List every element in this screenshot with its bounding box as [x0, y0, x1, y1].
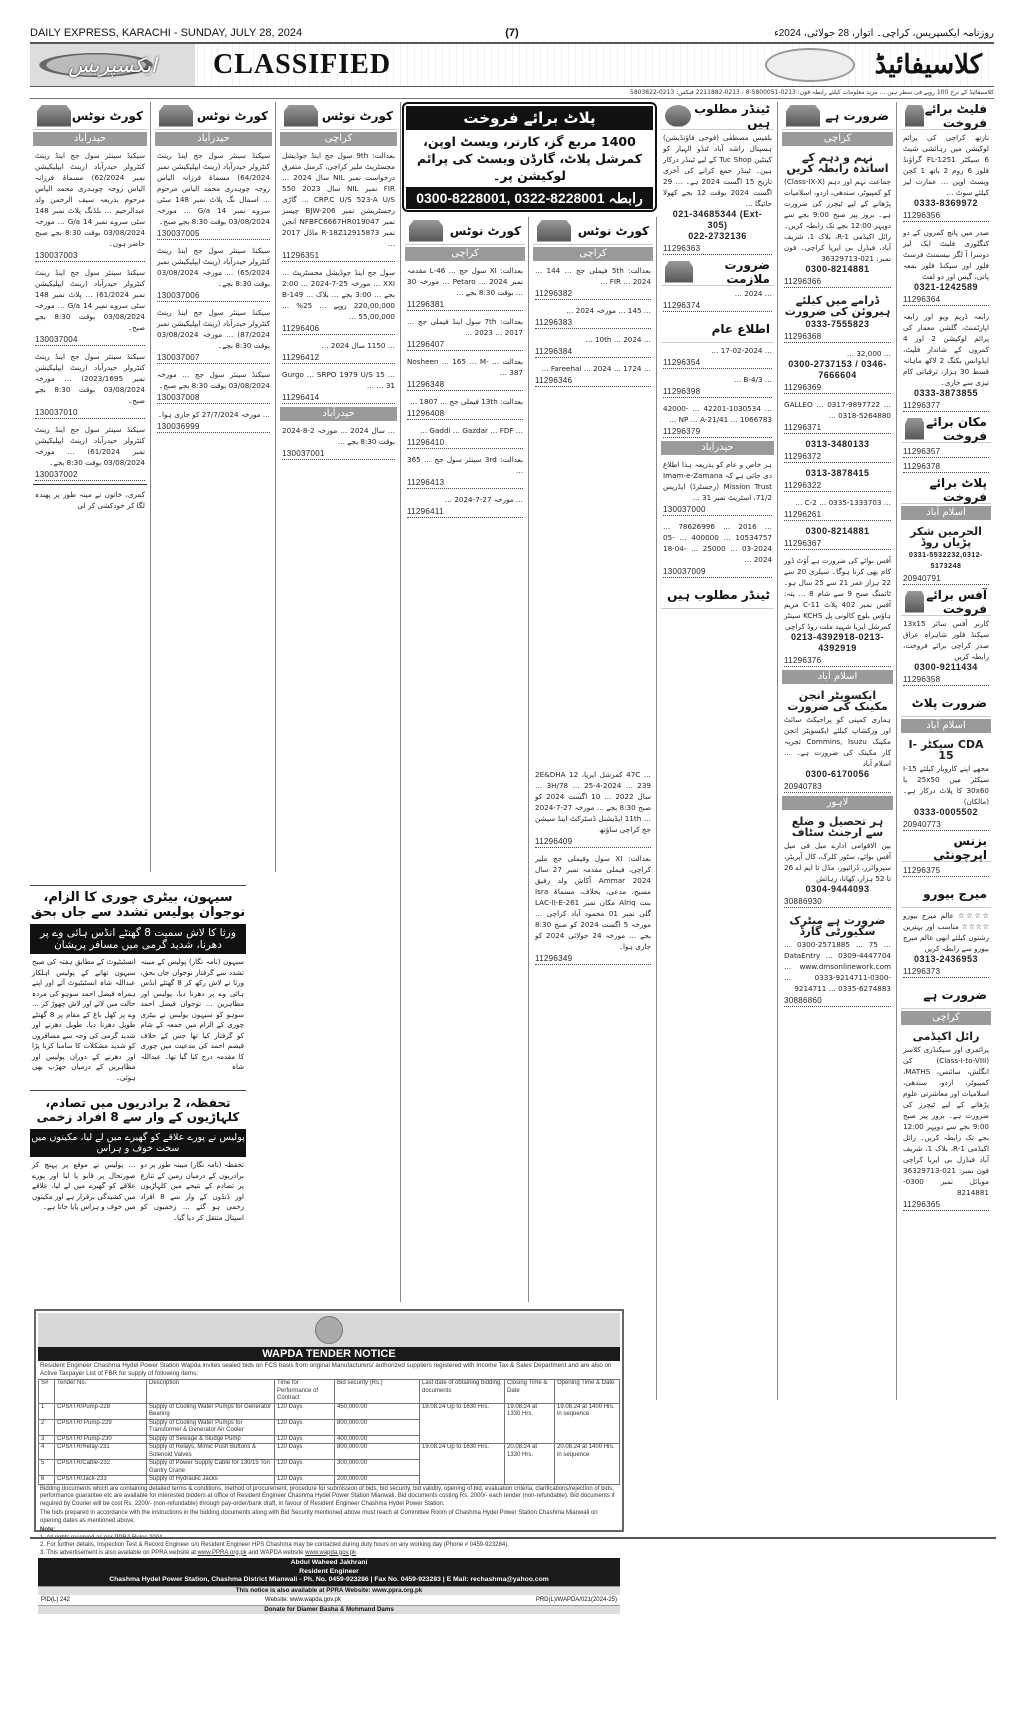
ad-item: … 10th … 2024 …11296384 — [533, 332, 653, 358]
ad-item: نہم و دہم کے اساتذہ رابطہ کریںجماعت نہم … — [782, 148, 893, 288]
tender-notes: Note: 1. All rights reserved as per PPRA… — [38, 1526, 620, 1558]
ad-item: سیکنڈ سینئر سول جج اینڈ رینٹ کنٹرولر حید… — [33, 422, 147, 481]
ad-item: … مورخہ 27-7-2024 …11296411 — [405, 492, 525, 518]
ad-item: 0313-348013311296372 — [782, 437, 893, 463]
ad-item: سیکنڈ سینئر سول جج اینڈ رینٹ کنٹرولر حید… — [155, 243, 272, 302]
news-subhead-1: ورثا کا لاش سمیت 8 گھنٹے انڈس ہائی وے پر… — [30, 924, 246, 954]
column-wanted: ضرورت ہے کراچی نہم و دہم کے اساتذہ رابطہ… — [779, 102, 897, 1400]
page-title-en: CLASSIFIED — [213, 49, 391, 81]
tender-paragraph-1: Bidding documents which are containing d… — [38, 1485, 620, 1510]
section-heading: پلاٹ برائے فروخت — [901, 476, 991, 504]
city-label: اسلام آباد — [901, 506, 991, 520]
ad-item: بلقیس مصطفٰی (فوجی فاؤنڈیشن) ہسپتال راشد… — [661, 130, 774, 255]
city-label: حیدرآباد — [661, 441, 774, 455]
ad-item: ہر خاص و عام کو بذریعہ ہذا اطلاع دی جاتی… — [661, 457, 774, 516]
city-label: حیدرآباد — [155, 132, 272, 146]
ad-item: بعدالت: 7th سول اینڈ فیملی جج … 2017 … 2… — [405, 314, 525, 351]
ad-item: … 2016 … 78626996 … 10534757 … 400000 … … — [661, 519, 774, 578]
ad-item: … 1724 … Fareehal … 2024 …11296346 — [533, 361, 653, 387]
house-icon — [905, 418, 924, 440]
ad-item: بعدالت: 3rd سینئر سول جج … 365 …11296413 — [405, 452, 525, 489]
page-bottom-rule — [30, 1537, 996, 1539]
ad-item: کارنر آفس سائز 13x15 سیکنڈ فلور شاہراہ ع… — [901, 616, 991, 686]
dateline-ur: روزنامہ ایکسپریس، کراچی۔ اتوار، 28 جولائ… — [774, 28, 994, 39]
ad-item: … 1150 سال 2024 …11296412 — [280, 338, 397, 364]
column-court-karachi-2: کورٹ نوٹس کراچی بعدالت: XI سول جج … 46-L… — [402, 217, 529, 1302]
table-row: 4CPS/ITR/Relay-231Supply of Relays, Mimi… — [39, 1444, 620, 1460]
news-headline-1: سیہون، بیٹری چوری کا الزام، نوجوان پولیس… — [30, 886, 246, 924]
news-column: … پولیس نے موقع پر پہنچ کر صورتحال پر قا… — [32, 1160, 136, 1223]
donate-banner: Donate for Diamer Basha & Mohmand Dams — [38, 1605, 620, 1614]
ad-item: … GALLEO … 0317-9897722 0318-5264880 …11… — [782, 397, 893, 434]
ad-item: 0313-387841511296322 — [782, 466, 893, 492]
section-heading: کورٹ نوٹس — [155, 102, 272, 130]
news-subhead-2: پولیس نے پورے علاقے کو گھیرے میں لے لیا،… — [30, 1129, 246, 1157]
section-heading: ٹینڈر مطلوب ہیں — [661, 581, 774, 609]
ppra-link[interactable]: www.PPRA.org.pk — [198, 1550, 247, 1556]
section-heading: ضرورت ہے — [901, 981, 991, 1009]
handshake-icon — [665, 261, 693, 283]
ad-item: سیکنڈ سینئر سول جج اینڈ رینٹ کنٹرولر حید… — [33, 349, 147, 419]
section-heading: آفس برائے فروخت — [901, 588, 991, 616]
tender-table: S# Tender No. Description Time for Perfo… — [38, 1379, 620, 1485]
ad-item: … Gaddi … Gazdar … FDF …11296410 — [405, 423, 525, 449]
court-building-icon — [409, 220, 443, 242]
column-court-karachi-1: کورٹ نوٹس کراچی بعدالت: 9th سول جج اینڈ … — [277, 102, 401, 1302]
section-heading: کورٹ نوٹس — [533, 217, 653, 245]
court-building-icon — [159, 105, 193, 127]
ad-item: سول جج اینڈ جوڈیشل مجسٹریٹ … XXI … مورخہ… — [280, 265, 397, 335]
column-court-karachi-3: کورٹ نوٹس کراچی بعدالت: 5th فیملی جج … 1… — [530, 217, 657, 1400]
ppra-notice: This notice is also available at PPRA We… — [38, 1586, 620, 1595]
ad-item: ضرورت ہے میٹرک سکیورٹی گارڈ… 75 … 0300-2… — [782, 911, 893, 1007]
page-number: (7) — [505, 27, 518, 39]
ad-item: … سال 2024 … مورخہ 2-8-2024 بوقت 8:30 بج… — [280, 423, 397, 460]
ad-item: … 42201-1030534 … 42000-1066783 … NP … A… — [661, 401, 774, 438]
ad-item: 0300-821488111296367 — [782, 524, 893, 550]
ad-item: ڈرامے میں کیلئے ہیروئن کی ضرورت0333-7555… — [782, 291, 893, 343]
table-row: 1CPS/ITR/Pump-228Supply of Cooling Water… — [39, 1403, 620, 1419]
city-label: اسلام آباد — [901, 719, 991, 733]
ad-item: نارتھ کراچی کی پرائم لوکیشن میں رہائشی ش… — [901, 130, 991, 222]
ad-item: … B-4/3 …11296398 — [661, 372, 774, 398]
ad-item: 1129635711296378 — [901, 443, 991, 473]
ad-item: … 32,000 …0300-2737153 / 0346-7666604112… — [782, 346, 893, 394]
tender-paragraph-2: The bids prepared in accordance with the… — [38, 1509, 620, 1526]
ad-item: … Gurgo … SRPO 1979 U/S 15 … 31 …1129641… — [280, 367, 397, 404]
ad-item: صدر میں پانچ کمروں کے دو کنگلوری فلیٹ ای… — [901, 225, 991, 306]
tender-signatory: Abdul Waheed Jakhrani Resident Engineer … — [38, 1558, 620, 1586]
ad-item: … 2024 …11296374 — [661, 286, 774, 312]
info-strip: کلاسیفائیڈ کے نرخ 100 روپے فی سطر ہیں ..… — [30, 89, 994, 99]
ad-item: ☆☆☆☆ عالم میرج بیورو ☆☆☆☆ مناسب اور بہتر… — [901, 908, 991, 978]
news-column: سیہون (نامہ نگار) پولیس کے مبینہ تشدد سے… — [141, 957, 245, 1083]
court-building-icon — [284, 105, 318, 127]
city-label: لاہور — [782, 796, 893, 810]
dateline-en: DAILY EXPRESS, KARACHI - SUNDAY, JULY 28… — [30, 27, 302, 39]
ad-item: … 47C کمرشل ایریا، 2E&DHA 12 … 3H/78 … 2… — [533, 767, 653, 848]
wapda-tender-notice: WAPDA TENDER NOTICE Resident Engineer Ch… — [34, 1309, 624, 1532]
news-section: سیہون، بیٹری چوری کا الزام، نوجوان پولیس… — [30, 885, 246, 1226]
ad-item: … 145 … مورخہ 2024 …11296383 — [533, 303, 653, 329]
section-heading: فلیٹ برائے فروخت — [901, 102, 991, 130]
court-building-icon — [537, 220, 571, 242]
column-court-hyderabad-2: کورٹ نوٹس حیدرآباد سیکنڈ سینئر سول جج ای… — [152, 102, 276, 872]
column-court-hyderabad-1: کورٹ نوٹس حیدرآباد سیکنڈ سینئر سول جج ای… — [30, 102, 151, 872]
section-heading: کورٹ نوٹس — [280, 102, 397, 130]
city-label: اسلام آباد — [782, 670, 893, 684]
tree-icon — [786, 105, 820, 127]
column-property: فلیٹ برائے فروخت نارتھ کراچی کی پرائم لو… — [898, 102, 994, 1400]
news-column: تحفظہ (نامہ نگار) مبینہ طور پر دو برادری… — [141, 1160, 245, 1223]
ad-item: سیکنڈ سینئر سول جج اینڈ رینٹ کنٹرولر حید… — [33, 148, 147, 262]
magnifier-icon — [765, 48, 855, 82]
office-desk-icon — [905, 591, 924, 613]
ad-item: بعدالت: XI سول وفیملی جج ملیر کراچی، فیم… — [533, 851, 653, 965]
wapda-link[interactable]: www.wapda.gov.pk — [305, 1550, 356, 1556]
section-heading: بزنس اپرچونٹی — [901, 834, 991, 862]
ad-item: سیکنڈ سینئر سول جج … مورخہ 03/08/2024 بو… — [155, 367, 272, 404]
ad-item: ہر تحصیل و ضلع سے ارجنٹ سٹافبین الاقوامی… — [782, 812, 893, 908]
news-body-2: … پولیس نے موقع پر پہنچ کر صورتحال پر قا… — [30, 1157, 246, 1226]
ad-item: بعدالت: 9th سول جج اینڈ جوڈیشل مجسٹریٹ م… — [280, 148, 397, 262]
news-brief: کمری، خاتون نے مینہ طور پر پھندہ لگا کر … — [33, 484, 147, 511]
news-column: انسٹیٹیوٹ کے مطابق ہفتہ کی صبح سیہون تھا… — [32, 957, 136, 1083]
news-headline-2: تحفظہ، 2 برادریوں میں تصادم، کلہاڑیوں کے… — [30, 1090, 246, 1129]
city-label: حیدرآباد — [33, 132, 147, 146]
megaphone-icon — [665, 105, 691, 127]
ad-item: رابعہ ڈریم ویو اور رابعہ اپارٹمنٹ، گلشن … — [901, 309, 991, 412]
page-title-ur: کلاسیفائیڈ — [875, 50, 982, 80]
section-heading: ضرورت پلاٹ — [901, 689, 991, 717]
ad-item: بعدالت … Nosheen … 165 … M-387 …11296348 — [405, 354, 525, 391]
classified-banner: ایکسپریس CLASSIFIED کلاسیفائیڈ — [30, 42, 994, 87]
ad-item: سیکنڈ سینئر سول جج اینڈ رینٹ کنٹرولر حید… — [155, 148, 272, 240]
news-body-1: انسٹیٹیوٹ کے مطابق ہفتہ کی صبح سیہون تھا… — [30, 954, 246, 1086]
section-heading: ضرورت ملازمت — [661, 258, 774, 286]
featured-ad-phones: 0300-8228001, 0322-8228001 رابطہ — [406, 187, 653, 209]
ad-item: بعدالت: 13th فیملی جج … 1807 …11296408 — [405, 394, 525, 420]
city-label: حیدرآباد — [280, 407, 397, 421]
section-heading: ٹینڈر مطلوب ہیں — [661, 102, 774, 130]
tender-title: WAPDA TENDER NOTICE — [38, 1347, 620, 1361]
column-tenders-notices: ٹینڈر مطلوب ہیں بلقیس مصطفٰی (فوجی فاؤنڈ… — [658, 102, 778, 1400]
dateline: DAILY EXPRESS, KARACHI - SUNDAY, JULY 28… — [30, 26, 994, 40]
section-heading: میرج بیورو — [901, 880, 991, 908]
ad-item: … مورخہ 27/7/2024 کو جاری ہوا۔130036999 — [155, 407, 272, 433]
section-heading: ضرورت ہے — [782, 102, 893, 130]
ad-item: CDA سیکٹر I-15مجھے اپنے کاروبار کیلئے I-… — [901, 735, 991, 831]
section-heading: کورٹ نوٹس — [33, 102, 147, 130]
city-label: کراچی — [533, 247, 653, 261]
tender-footer: PID(L) 242Website: www.wapda.gov.pkPRD(L… — [38, 1595, 620, 1605]
section-heading: کورٹ نوٹس — [405, 217, 525, 245]
ad-item: آفس بوائے کی ضرورت ہے آؤٹ ڈور کام بھی کر… — [782, 553, 893, 667]
featured-plot-ad: پلاٹ برائے فروخت 1400 مربع گز، کارنر، وی… — [402, 102, 657, 212]
ad-item: … C-2 … 0335-1333703 …11296261 — [782, 495, 893, 521]
city-label: کراچی — [280, 132, 397, 146]
table-header-row: S# Tender No. Description Time for Perfo… — [39, 1380, 620, 1404]
ad-item: الحرمین شکر پڑیاں روڈ0331-5532232,0312-5… — [901, 522, 991, 585]
ad-item: رائل اکیڈمیپرائمری اور سیکنڈری کلاسز (Cl… — [901, 1027, 991, 1211]
city-label: کراچی — [405, 247, 525, 261]
ad-item: ایکسویٹر انجن مکینک کی ضرورتہماری کمپنی … — [782, 686, 893, 793]
express-logo: ایکسپریس — [30, 44, 195, 86]
ad-item: … 17-02-2024 …11296354 — [661, 343, 774, 369]
wapda-logo — [38, 1313, 620, 1347]
featured-ad-body: 1400 مربع گز، کارنر، ویسٹ اوپن، کمرشل پل… — [406, 133, 653, 184]
wapda-emblem-icon — [315, 1316, 343, 1344]
ad-item: سیکنڈ سینئر سول جج اینڈ رینٹ کنٹرولر حید… — [33, 265, 147, 346]
city-label: کراچی — [901, 1011, 991, 1025]
ad-item: بعدالت: 5th فیملی جج … 144 … FIR … 2024 … — [533, 263, 653, 300]
ad-item: بعدالت: XI سول جج … 46-L مقدمہ نمبر 2024… — [405, 263, 525, 311]
building-icon — [905, 105, 924, 127]
section-heading: مکان برائے فروخت — [901, 415, 991, 443]
ad-item: 11296375 — [901, 862, 991, 877]
city-label: کراچی — [782, 132, 893, 146]
featured-ad-heading: پلاٹ برائے فروخت — [406, 106, 653, 130]
section-heading: اطلاع عام — [661, 315, 774, 343]
ad-item: سیکنڈ سینئر سول جج اینڈ رینٹ کنٹرولر حید… — [155, 305, 272, 364]
tender-intro: Resident Engineer Chashma Hydel Power St… — [38, 1361, 620, 1379]
court-building-icon — [37, 105, 71, 127]
